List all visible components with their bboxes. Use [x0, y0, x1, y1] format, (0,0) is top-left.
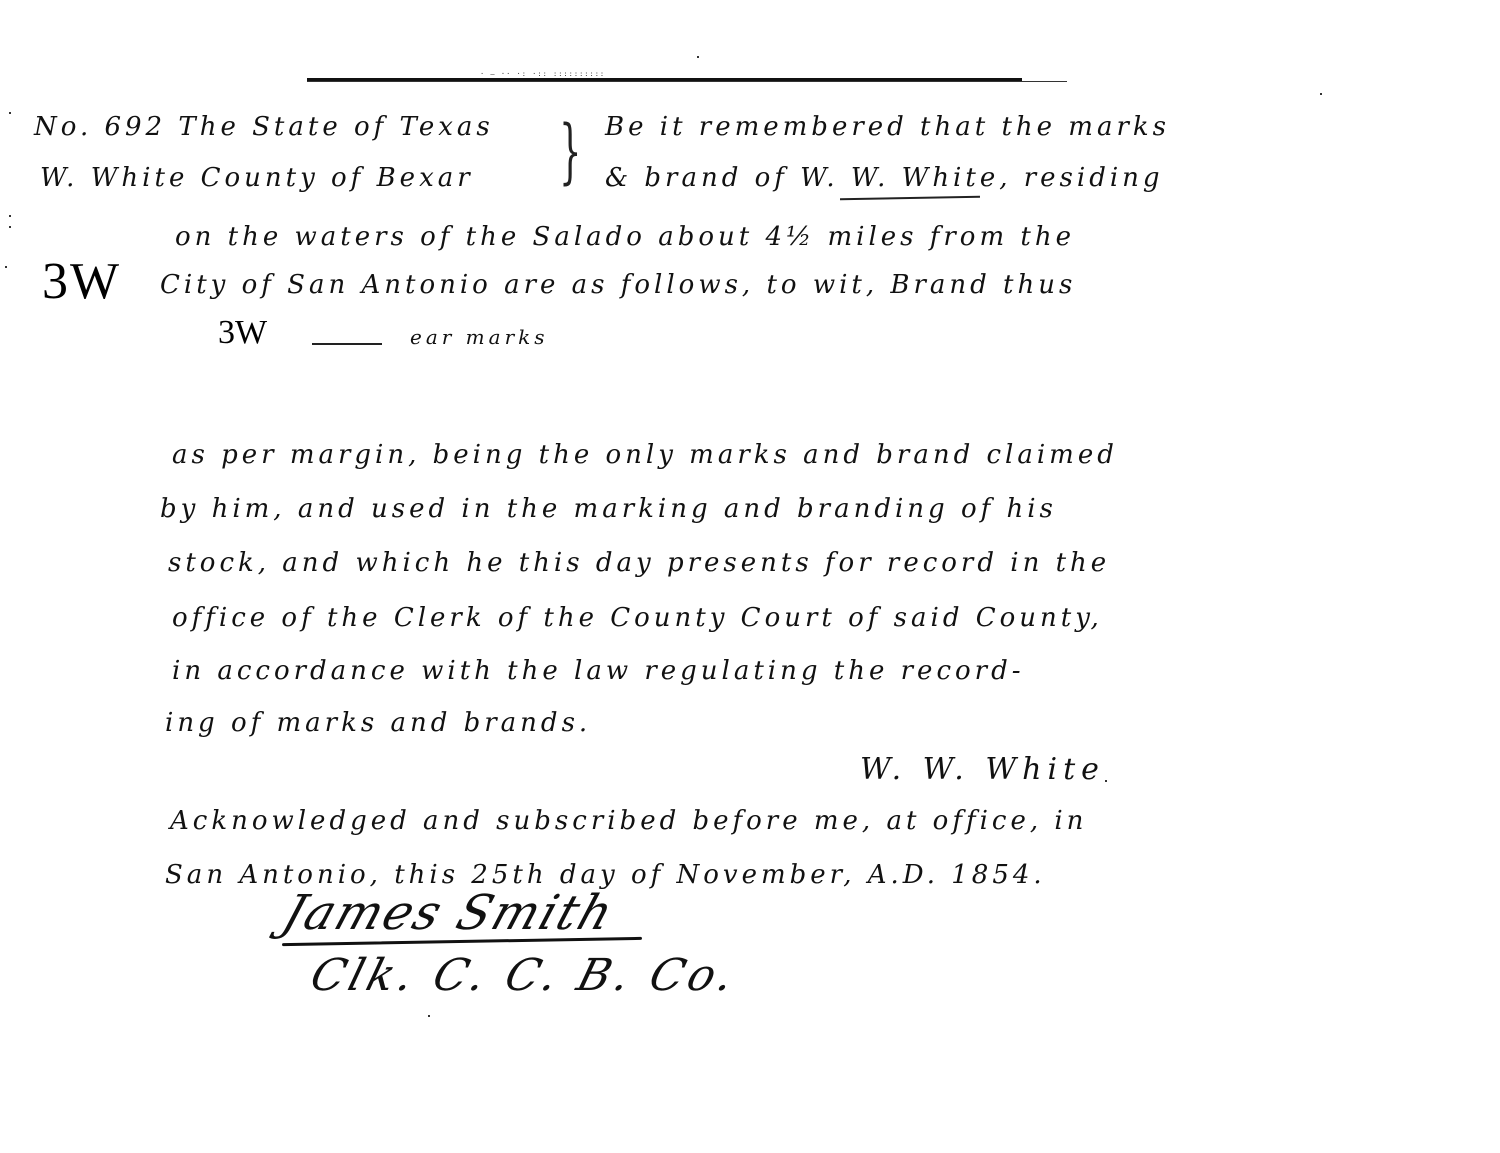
margin-brand-mark: 3W [42, 252, 121, 311]
brand-of-owner-line: & brand of W. W. White, residing [605, 163, 1164, 193]
top-rule-thin-line [307, 81, 1067, 82]
scanned-document-page: · — ·· ·: ·:: :::::::::: No. 692 The Sta… [0, 0, 1500, 1153]
scan-speck [9, 226, 11, 228]
clerk-signature: James Smith [276, 885, 622, 941]
scan-speck [1105, 780, 1107, 782]
owner-signature: W. W. White [860, 752, 1105, 787]
owner-name-underline [840, 196, 980, 200]
body-line-2: by him, and used in the marking and bran… [160, 494, 1057, 524]
header-right-text: Be it remembered that the marks [605, 112, 1170, 142]
body-line-1: as per margin, being the only marks and … [172, 440, 1118, 470]
owner-county-line: W. White County of Bexar [40, 163, 474, 193]
residence-line: on the waters of the Salado about 4½ mil… [175, 222, 1075, 252]
bracket-brace: } [559, 110, 581, 192]
acknowledgment-line-1: Acknowledged and subscribed before me, a… [170, 806, 1087, 836]
body-line-5: in accordance with the law regulating th… [172, 656, 1025, 686]
scan-speck [697, 56, 699, 58]
body-line-3: stock, and which he this day presents fo… [168, 548, 1110, 578]
ear-marks-label: ear marks [410, 325, 549, 349]
brand-mark: 3W [218, 314, 267, 352]
scan-speck [428, 1015, 430, 1017]
scan-speck [9, 215, 11, 217]
body-line-6: ing of marks and brands. [165, 708, 591, 738]
scan-speck [9, 112, 11, 114]
city-line: City of San Antonio are as follows, to w… [160, 270, 1076, 300]
ear-mark-dash [312, 343, 382, 345]
record-number-line: No. 692 The State of Texas [34, 112, 494, 142]
scan-speck [5, 266, 7, 268]
scan-speck [1320, 93, 1322, 95]
body-line-4: office of the Clerk of the County Court … [172, 603, 1103, 633]
scan-artifact-text: · — ·· ·: ·:: :::::::::: [480, 70, 605, 78]
clerk-title: Clk. C. C. B. Co. [305, 950, 743, 1001]
